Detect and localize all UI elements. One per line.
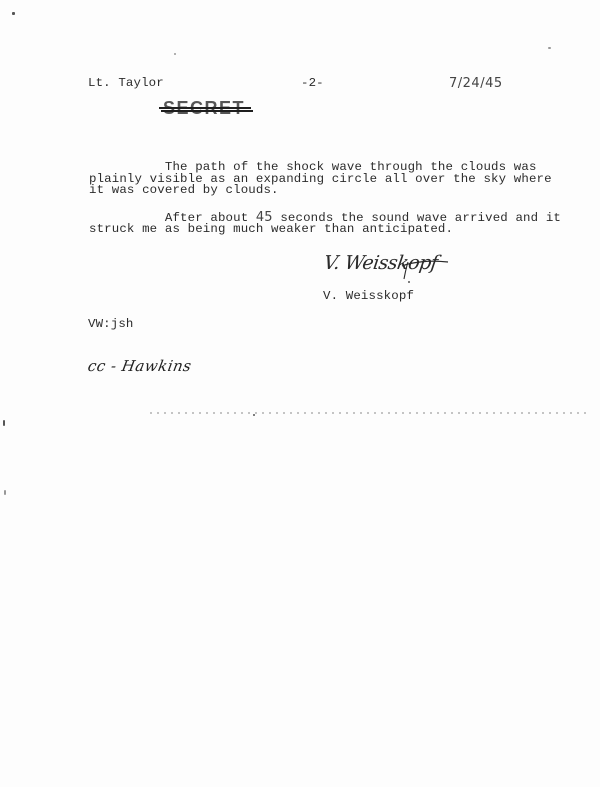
document-page: Lt. Taylor -2- 7/24/45 SECRET The path o… [0,0,600,787]
signature-flourish-icon [400,258,450,280]
classification-stamp-top: SECRET [163,99,245,117]
paragraph-line: it was covered by clouds. [89,185,552,197]
letter-date: 7/24/45 [449,78,503,90]
strikethrough-line [159,107,251,109]
scan-speck [253,414,255,416]
scan-speck [174,53,176,55]
reference-initials: VW:jsh [88,319,134,331]
typed-signer-name: V. Weisskopf [323,291,414,303]
page-number: -2- [301,78,324,90]
scan-speck [12,12,15,15]
scan-speck [548,47,551,49]
scan-speck [3,420,5,426]
addressee: Lt. Taylor [88,78,164,90]
paragraph-sound-wave: After about 45 seconds the sound wave ar… [89,212,561,235]
scan-artifact-line [150,412,590,414]
strikethrough-line [161,110,253,112]
paragraph-shock-wave: The path of the shock wave through the c… [89,162,552,197]
scan-speck [4,490,6,495]
scan-speck [408,281,410,283]
carbon-copy-note: cc - Hawkins [86,357,193,375]
paragraph-line: struck me as being much weaker than anti… [89,224,561,236]
